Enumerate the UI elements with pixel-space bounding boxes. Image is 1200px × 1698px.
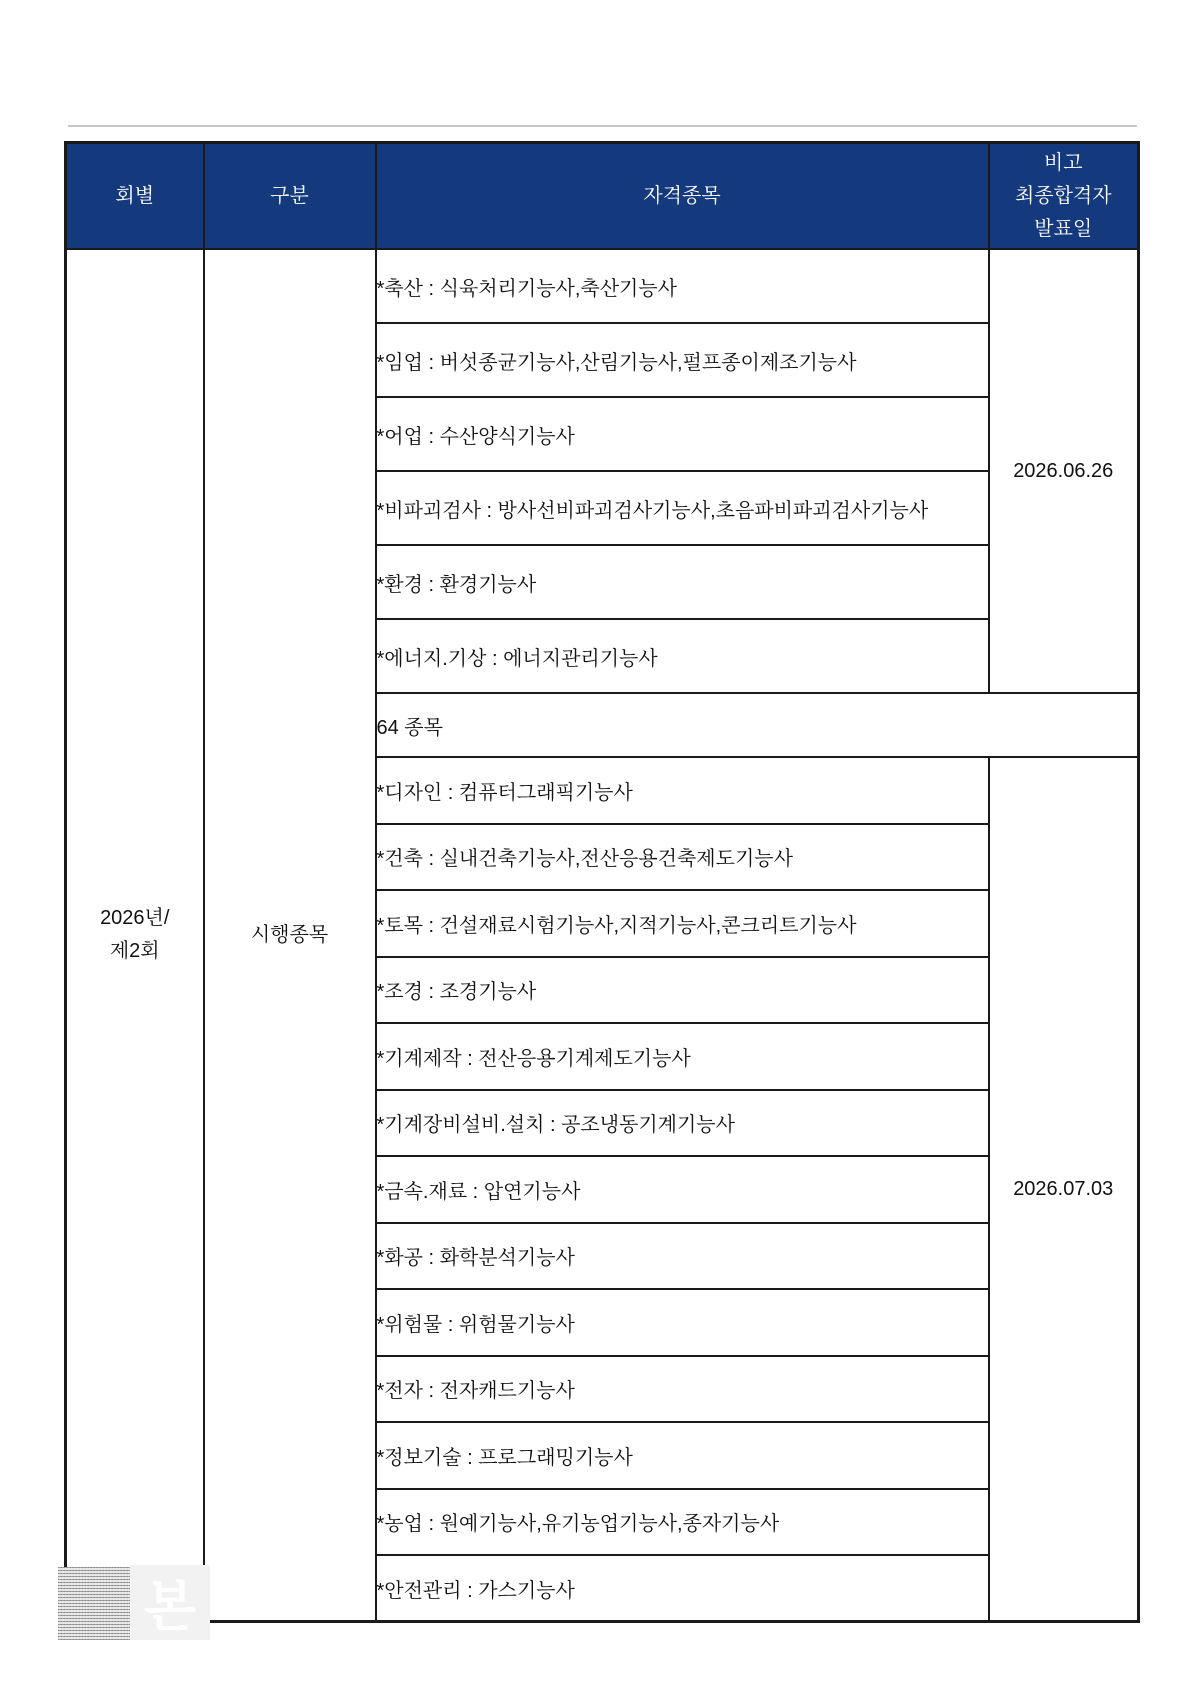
header-note: 비고 최종합격자 발표일 xyxy=(989,143,1139,250)
qualification-item: *건축 : 실내건축기능사,전산응용건축제도기능사 xyxy=(376,824,989,891)
header-note-line3: 발표일 xyxy=(1034,218,1092,240)
header-category: 구분 xyxy=(204,143,376,250)
document-page: { "colors": { "header_bg": "#14397D", "h… xyxy=(0,0,1200,1698)
session-cell: 2026년/ 제2회 xyxy=(66,249,204,1622)
qualification-item: *비파괴검사 : 방사선비파괴검사기능사,초음파비파괴검사기능사 xyxy=(376,471,989,545)
header-note-line1: 비고 xyxy=(1044,152,1083,174)
qualification-item: *임업 : 버섯종균기능사,산림기능사,펄프종이제조기능사 xyxy=(376,323,989,397)
exam-schedule-table: 회별 구분 자격종목 비고 최종합격자 발표일 2026년/ 제2회 시행종목 … xyxy=(64,141,1140,1623)
session-line2: 제2회 xyxy=(110,940,160,962)
qualification-item: *축산 : 식육처리기능사,축산기능사 xyxy=(376,249,989,323)
qualification-item: *조경 : 조경기능사 xyxy=(376,957,989,1024)
qualification-item: *금속.재료 : 압연기능사 xyxy=(376,1156,989,1223)
qualification-item: *화공 : 화학분석기능사 xyxy=(376,1223,989,1290)
scan-artifact-line xyxy=(68,125,1137,127)
summary-cell: 64 종목 xyxy=(376,693,1139,757)
stamp-character: 본 xyxy=(130,1565,210,1640)
header-row: 회별 구분 자격종목 비고 최종합격자 발표일 xyxy=(66,143,1139,250)
qualification-item: *디자인 : 컴퓨터그래픽기능사 xyxy=(376,757,989,824)
qualification-item: *안전관리 : 가스기능사 xyxy=(376,1555,989,1622)
qualification-item: *기계제작 : 전산응용기계제도기능사 xyxy=(376,1023,989,1090)
announcement-date-b: 2026.07.03 xyxy=(989,757,1139,1622)
qualification-item: *어업 : 수산양식기능사 xyxy=(376,397,989,471)
qualification-item: *기계장비설비.설치 : 공조냉동기계기능사 xyxy=(376,1090,989,1157)
qualification-item: *위험물 : 위험물기능사 xyxy=(376,1289,989,1356)
header-note-line2: 최종합격자 xyxy=(1015,185,1112,207)
qualification-item: *에너지.기상 : 에너지관리기능사 xyxy=(376,619,989,693)
qualification-item: *농업 : 원예기능사,유기농업기능사,종자기능사 xyxy=(376,1489,989,1556)
qualification-item: *토목 : 건설재료시험기능사,지적기능사,콘크리트기능사 xyxy=(376,890,989,957)
qualification-item: *정보기술 : 프로그래밍기능사 xyxy=(376,1422,989,1489)
stamp-watermark: 본 xyxy=(58,1565,210,1640)
header-qualification: 자격종목 xyxy=(376,143,989,250)
table-row: 2026년/ 제2회 시행종목 *축산 : 식육처리기능사,축산기능사 2026… xyxy=(66,249,1139,323)
category-cell: 시행종목 xyxy=(204,249,376,1622)
qualification-item: *환경 : 환경기능사 xyxy=(376,545,989,619)
session-line1: 2026년/ xyxy=(100,907,169,929)
stamp-dither-block xyxy=(58,1567,130,1640)
header-session: 회별 xyxy=(66,143,204,250)
qualification-item: *전자 : 전자캐드기능사 xyxy=(376,1356,989,1423)
announcement-date-a: 2026.06.26 xyxy=(989,249,1139,693)
